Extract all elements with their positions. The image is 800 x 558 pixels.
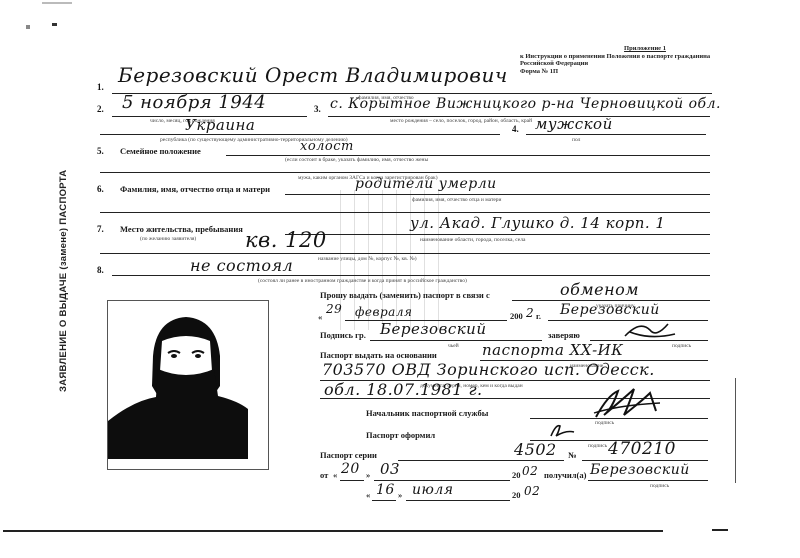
request-reason-line bbox=[512, 300, 710, 301]
passport-from-close-quote: » bbox=[366, 470, 370, 480]
scan-artifact bbox=[712, 529, 728, 531]
field-6-number: 6. bbox=[97, 184, 104, 194]
field-6-line-2 bbox=[100, 212, 710, 213]
passport-received-hint: подпись bbox=[650, 483, 669, 489]
appendix-form: Форма № 1П bbox=[520, 68, 558, 75]
field-4-number: 4. bbox=[512, 124, 519, 134]
request-label: Прошу выдать (заменить) паспорт в связи … bbox=[320, 290, 490, 300]
field-3-birth-place: с. Корытное Вижницкого р-на Черновицкой … bbox=[330, 96, 721, 112]
passport-recv-year-suffix: 02 bbox=[524, 484, 540, 498]
passport-recv-month-line bbox=[406, 500, 510, 501]
appendix-title: Приложение 1 bbox=[570, 45, 720, 53]
passport-recv-day: 16 bbox=[376, 482, 395, 498]
passport-from-label: от bbox=[320, 470, 328, 480]
request-reason: обменом bbox=[560, 280, 639, 299]
scan-artifact bbox=[52, 23, 57, 26]
field-7-address: ул. Акад. Глушко д. 14 корп. 1 bbox=[410, 214, 665, 232]
basis-issuer: 703570 ОВД Зоринского исп. Одесск. bbox=[322, 360, 655, 379]
field-5-marital-status: холост bbox=[300, 139, 354, 154]
field-7-apartment: кв. 120 bbox=[245, 228, 327, 252]
passport-received-line bbox=[588, 480, 708, 481]
field-7-hint-2: название улицы, дом №, корпус №, кв. №) bbox=[318, 256, 417, 262]
basis-label: Паспорт выдать на основании bbox=[320, 350, 437, 360]
document-title-vertical: ЗАЯВЛЕНИЕ О ВЫДАЧЕ (замене) ПАСПОРТА bbox=[58, 170, 69, 392]
passport-recv-year-prefix: 20 bbox=[512, 490, 521, 500]
request-date-month: февраля bbox=[355, 305, 412, 319]
passport-number-line bbox=[582, 460, 708, 461]
passport-recv-open-quote: « bbox=[366, 490, 370, 500]
field-8-line bbox=[112, 275, 710, 276]
certify-hint: чьей bbox=[448, 343, 459, 349]
request-year-suffix: 2 bbox=[526, 306, 534, 320]
photo-portrait-icon bbox=[108, 301, 268, 469]
field-4-line bbox=[526, 134, 706, 135]
certify-right-label: заверяю bbox=[548, 330, 580, 340]
request-date-day: 29 bbox=[326, 302, 342, 316]
field-2-birth-date: 5 ноября 1944 bbox=[122, 92, 266, 113]
issued-by-signature-scribble-icon bbox=[548, 420, 578, 440]
scan-artifact bbox=[58, 2, 72, 4]
field-1-number: 1. bbox=[97, 82, 104, 92]
passport-recv-close-quote: » bbox=[398, 490, 402, 500]
chief-signature-scribble-icon bbox=[590, 385, 665, 421]
field-6-hint: фамилия, имя, отчество отца и матери bbox=[412, 197, 502, 203]
field-2-number: 2. bbox=[97, 104, 104, 114]
certify-name: Березовский bbox=[380, 320, 487, 338]
field-5-line-2 bbox=[100, 172, 710, 173]
field-3b-line bbox=[100, 134, 500, 135]
field-5-line bbox=[226, 155, 710, 156]
passport-from-month: 03 bbox=[380, 460, 400, 478]
field-3-line bbox=[328, 116, 710, 117]
basis-issue-date: обл. 18.07.1981 г. bbox=[324, 380, 483, 399]
appendix-header: Приложение 1 к Инструкции о применении П… bbox=[520, 45, 720, 75]
field-8-foreign-citizenship: не состоял bbox=[190, 256, 293, 275]
request-date-open-quote: « bbox=[318, 312, 322, 322]
field-7-label-hint: (по желанию заявителя) bbox=[140, 236, 196, 242]
field-8-number: 8. bbox=[97, 265, 104, 275]
passport-from-day-line bbox=[340, 480, 364, 481]
certify-signature-scribble-icon bbox=[620, 318, 680, 342]
passport-from-day: 20 bbox=[341, 461, 360, 477]
request-year-label: г. bbox=[536, 311, 541, 321]
chief-label: Начальник паспортной службы bbox=[366, 408, 488, 418]
appendix-text: к Инструкции о применении Положения о па… bbox=[520, 53, 710, 68]
passport-number: 470210 bbox=[608, 439, 676, 459]
field-3-hint: место рождения – село, поселок, город, р… bbox=[390, 118, 532, 124]
applicant-photo bbox=[107, 300, 269, 470]
field-7-label: Место жительства, пребывания bbox=[120, 224, 243, 234]
passport-series-label: Паспорт серии bbox=[320, 450, 377, 460]
passport-series-line bbox=[398, 460, 564, 461]
basis-document: паспорта ХХ-ИК bbox=[482, 341, 623, 359]
passport-number-label: № bbox=[568, 450, 577, 460]
passport-series: 4502 bbox=[514, 440, 557, 459]
passport-recv-month: июля bbox=[412, 482, 454, 498]
field-6-line bbox=[285, 194, 710, 195]
passport-received-label: получил(а) bbox=[544, 470, 586, 480]
passport-from-year-prefix: 20 bbox=[512, 470, 521, 480]
field-5-hint: (если состоит в браке, указать фамилию, … bbox=[285, 157, 428, 163]
certify-signature-hint: подпись bbox=[672, 343, 691, 349]
passport-number-hint: подпись bbox=[588, 443, 607, 449]
chief-hint: подпись bbox=[595, 420, 614, 426]
right-border-line bbox=[735, 378, 736, 483]
passport-recv-day-line bbox=[372, 500, 396, 501]
field-6-label: Фамилия, имя, отчество отца и матери bbox=[120, 184, 270, 194]
field-3b-republic: Украина bbox=[185, 116, 255, 134]
passport-received-signature: Березовский bbox=[590, 462, 690, 478]
field-7-hint: наименование области, города, поселка, с… bbox=[420, 237, 525, 243]
field-5-number: 5. bbox=[97, 146, 104, 156]
field-4-hint: пол bbox=[572, 137, 580, 143]
passport-from-year-suffix: 02 bbox=[522, 464, 538, 478]
field-3-number: 3. bbox=[314, 104, 321, 114]
field-7-line-2 bbox=[100, 253, 710, 254]
request-year-prefix: 200 bbox=[510, 311, 523, 321]
field-8-hint: (состоял ли ранее в иностранном гражданс… bbox=[258, 278, 467, 284]
scan-artifact bbox=[26, 25, 30, 29]
passport-from-month-line bbox=[374, 480, 510, 481]
field-7-number: 7. bbox=[97, 224, 104, 234]
field-5-label: Семейное положение bbox=[120, 146, 201, 156]
field-4-sex: мужской bbox=[535, 115, 613, 133]
field-7-line bbox=[285, 234, 710, 235]
passport-from-open-quote: « bbox=[333, 470, 337, 480]
issued-by-label: Паспорт оформил bbox=[366, 430, 435, 440]
certify-label: Подпись гр. bbox=[320, 330, 366, 340]
field-6-parents: родители умерли bbox=[355, 176, 497, 192]
bottom-border-line bbox=[3, 530, 663, 532]
request-applicant-signature: Березовский bbox=[560, 302, 660, 318]
field-1-full-name: Березовский Орест Владимирович bbox=[118, 63, 508, 87]
